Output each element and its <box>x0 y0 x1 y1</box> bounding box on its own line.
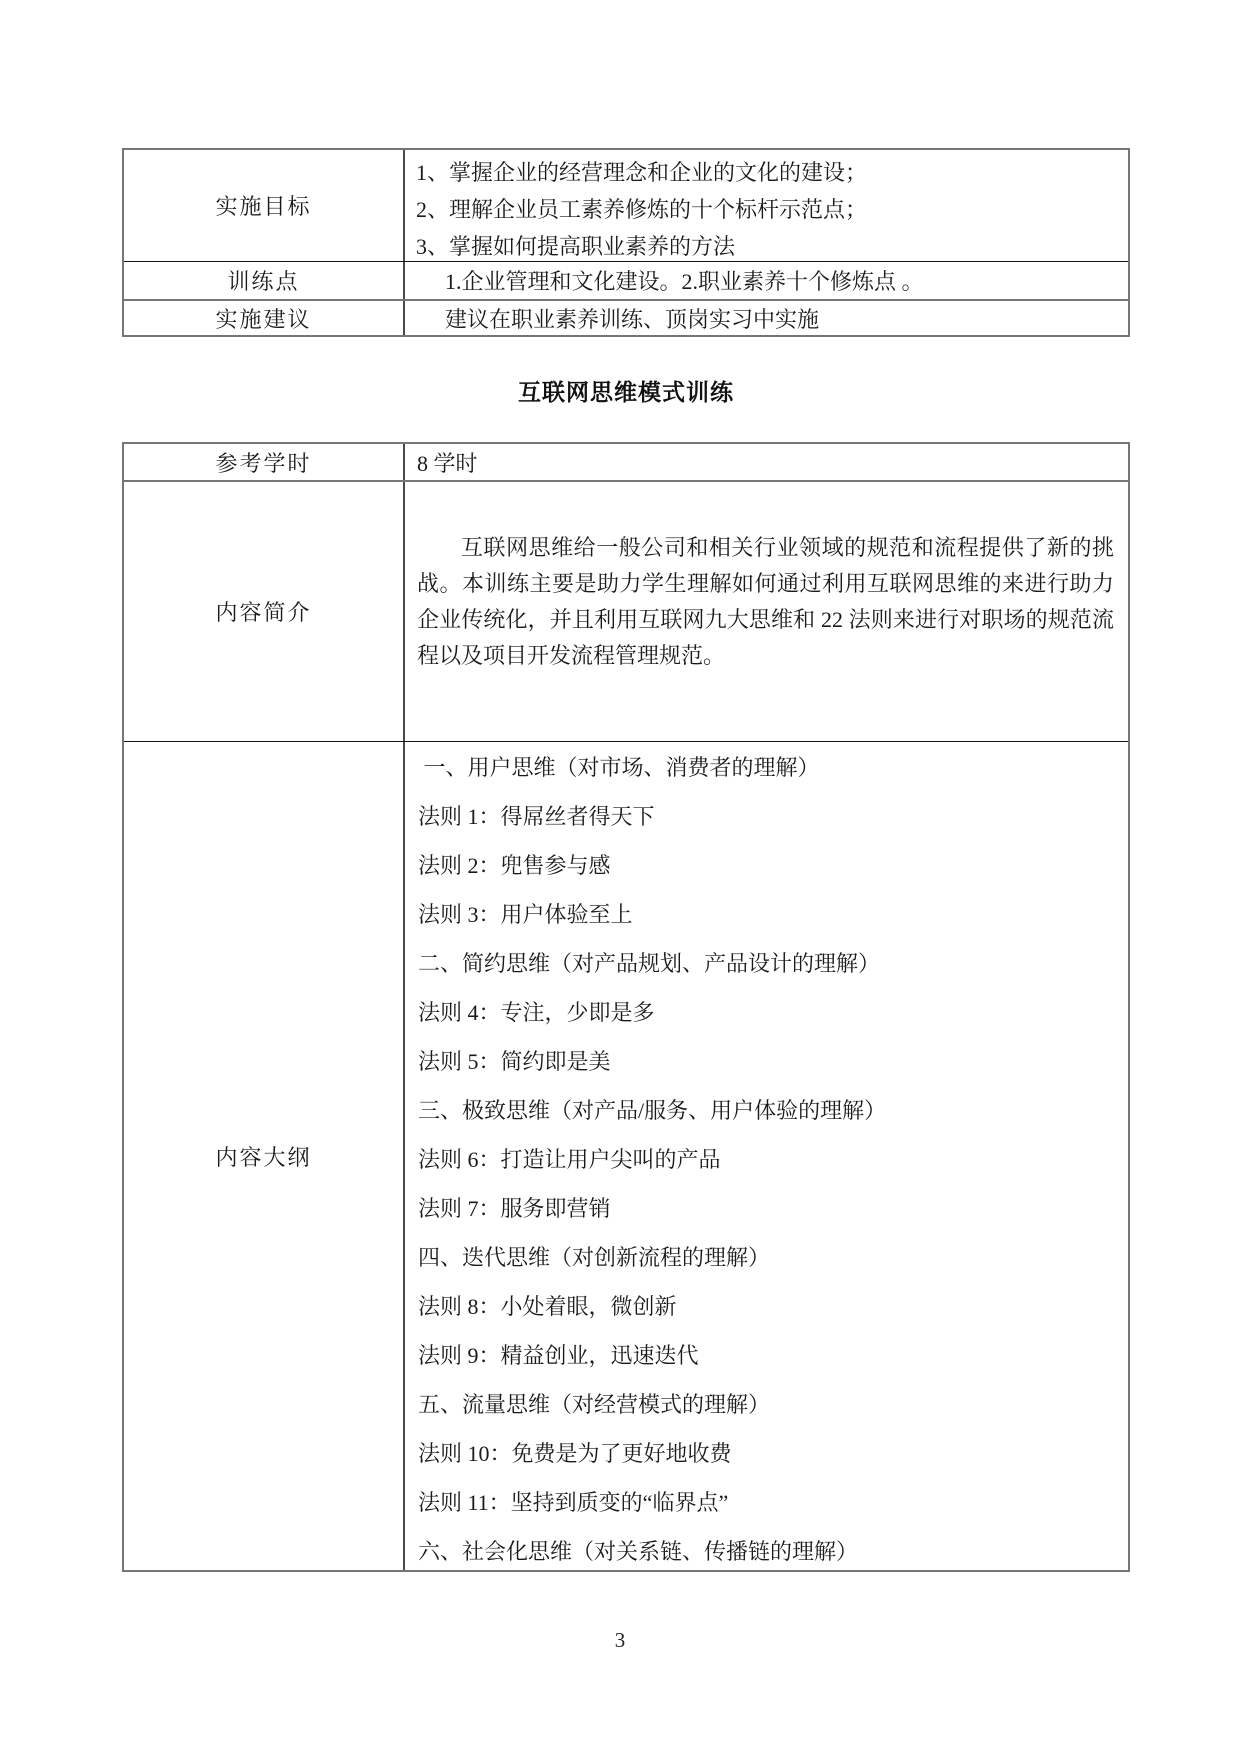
outline-item: 五、流量思维（对经营模式的理解） <box>418 1380 1116 1429</box>
document-page: 实施目标 1、掌握企业的经营理念和企业的文化的建设； 2、理解企业员工素养修炼的… <box>0 0 1240 1754</box>
outline-item: 法则 1：得屌丝者得天下 <box>418 792 1116 841</box>
hours-cell: 8 学时 <box>405 444 1128 480</box>
row-label-hours: 参考学时 <box>124 444 405 480</box>
outline-item: 六、社会化思维（对关系链、传播链的理解） <box>418 1527 1116 1576</box>
section-title: 互联网思维模式训练 <box>122 374 1130 407</box>
row-label-outline: 内容大纲 <box>124 742 405 1570</box>
implementation-table: 实施目标 1、掌握企业的经营理念和企业的文化的建设； 2、理解企业员工素养修炼的… <box>122 148 1130 337</box>
outline-item: 法则 5：简约即是美 <box>418 1037 1116 1086</box>
outline-item: 一、用户思维（对市场、消费者的理解） <box>418 743 1116 792</box>
intro-cell: 互联网思维给一般公司和相关行业领域的规范和流程提供了新的挑战。本训练主要是助力学… <box>405 482 1128 741</box>
goal-line: 2、理解企业员工素养修炼的十个标杆示范点； <box>416 191 1116 228</box>
training-points-cell: 1.企业管理和文化建设。2.职业素养十个修炼点 。 <box>405 262 1128 299</box>
table-row-goals: 实施目标 1、掌握企业的经营理念和企业的文化的建设； 2、理解企业员工素养修炼的… <box>124 150 1128 262</box>
outline-item: 法则 2：兜售参与感 <box>418 841 1116 890</box>
table-row-suggestion: 实施建议 建议在职业素养训练、顶岗实习中实施 <box>124 301 1128 335</box>
row-label-goals: 实施目标 <box>124 150 405 261</box>
outline-item: 法则 11：坚持到质变的“临界点” <box>418 1478 1116 1527</box>
row-label-suggestion: 实施建议 <box>124 301 405 335</box>
outline-item: 二、简约思维（对产品规划、产品设计的理解） <box>418 939 1116 988</box>
table-row-intro: 内容简介 互联网思维给一般公司和相关行业领域的规范和流程提供了新的挑战。本训练主… <box>124 482 1128 742</box>
suggestion-cell: 建议在职业素养训练、顶岗实习中实施 <box>405 301 1128 335</box>
outline-item: 法则 8：小处着眼，微创新 <box>418 1282 1116 1331</box>
row-label-intro: 内容简介 <box>124 482 405 741</box>
goal-line: 1、掌握企业的经营理念和企业的文化的建设； <box>416 154 1116 191</box>
table-row-outline: 内容大纲 一、用户思维（对市场、消费者的理解） 法则 1：得屌丝者得天下 法则 … <box>124 742 1128 1570</box>
outline-item: 四、迭代思维（对创新流程的理解） <box>418 1233 1116 1282</box>
outline-item: 法则 3：用户体验至上 <box>418 890 1116 939</box>
outline-item: 法则 10：免费是为了更好地收费 <box>418 1429 1116 1478</box>
outline-item: 三、极致思维（对产品/服务、用户体验的理解） <box>418 1086 1116 1135</box>
outline-item: 法则 6：打造让用户尖叫的产品 <box>418 1135 1116 1184</box>
module-table: 参考学时 8 学时 内容简介 互联网思维给一般公司和相关行业领域的规范和流程提供… <box>122 442 1130 1572</box>
table-row-hours: 参考学时 8 学时 <box>124 444 1128 482</box>
goal-line: 3、掌握如何提高职业素养的方法 <box>416 228 1116 265</box>
outline-item: 法则 4：专注，少即是多 <box>418 988 1116 1037</box>
outline-item: 法则 7：服务即营销 <box>418 1184 1116 1233</box>
outline-item: 法则 9：精益创业，迅速迭代 <box>418 1331 1116 1380</box>
row-label-training-points: 训练点 <box>124 262 405 299</box>
table-row-training-points: 训练点 1.企业管理和文化建设。2.职业素养十个修炼点 。 <box>124 262 1128 301</box>
outline-cell: 一、用户思维（对市场、消费者的理解） 法则 1：得屌丝者得天下 法则 2：兜售参… <box>405 742 1128 1570</box>
goals-cell: 1、掌握企业的经营理念和企业的文化的建设； 2、理解企业员工素养修炼的十个标杆示… <box>405 150 1128 261</box>
page-number: 3 <box>0 1628 1240 1653</box>
